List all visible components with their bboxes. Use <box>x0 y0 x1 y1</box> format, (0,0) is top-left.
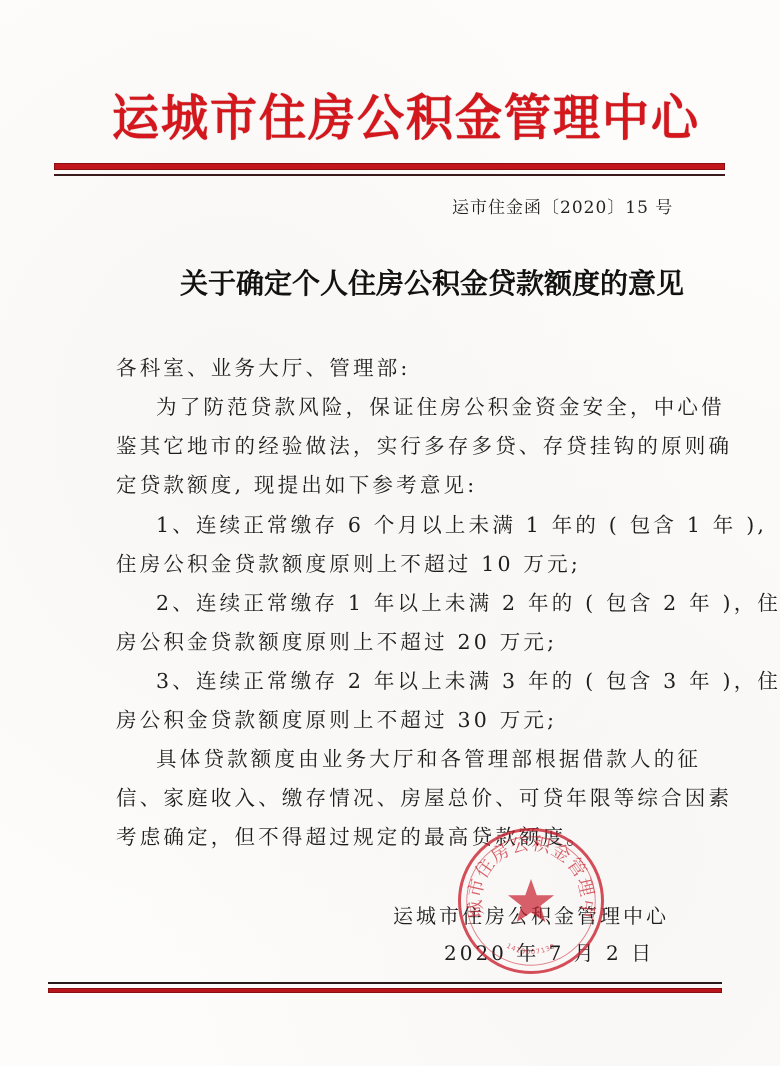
item-2-line-1: 2、连续正常缴存 1 年以上未满 2 年的 ( 包含 2 年 )，住 <box>156 589 780 617</box>
letterhead-red-rule <box>54 163 725 170</box>
letterhead-org-name: 运城市住房公积金管理中心 <box>112 88 672 151</box>
item-1-line-1: 1、连续正常缴存 6 个月以上未满 1 年的 ( 包含 1 年 ), <box>156 511 767 539</box>
letterhead-dark-rule <box>54 174 725 176</box>
intro-line-3: 定贷款额度, 现提出如下参考意见: <box>116 471 477 499</box>
document-page: 运城市住房公积金管理中心 运市住金函〔2020〕15 号 关于确定个人住房公积金… <box>0 0 780 1066</box>
closing-line-3: 考虑确定，但不得超过规定的最高贷款额度。 <box>116 823 590 851</box>
item-3-line-1: 3、连续正常缴存 2 年以上未满 3 年的 ( 包含 3 年 )，住 <box>156 667 780 695</box>
signature-org: 运城市住房公积金管理中心 <box>393 900 669 929</box>
closing-line-1: 具体贷款额度由业务大厅和各管理部根据借款人的征 <box>156 745 701 773</box>
footer-dark-rule <box>48 982 722 984</box>
intro-line-2: 鉴其它地市的经验做法，实行多存多贷、存贷挂钩的原则确 <box>116 432 732 460</box>
footer-red-rule <box>48 988 722 993</box>
signature-date: 2020 年 7 月 2 日 <box>444 937 654 966</box>
intro-line-1: 为了防范贷款风险，保证住房公积金资金安全，中心借 <box>156 393 725 421</box>
addressee: 各科室、业务大厅、管理部: <box>116 354 411 382</box>
item-1-line-2: 住房公积金贷款额度原则上不超过 10 万元; <box>116 550 581 578</box>
closing-line-2: 信、家庭收入、缴存情况、房屋总价、可贷年限等综合因素 <box>116 784 732 812</box>
item-3-line-2: 房公积金贷款额度原则上不超过 30 万元; <box>116 706 557 734</box>
item-2-line-2: 房公积金贷款额度原则上不超过 20 万元; <box>116 628 557 656</box>
document-title: 关于确定个人住房公积金贷款额度的意见 <box>180 262 684 302</box>
document-number: 运市住金函〔2020〕15 号 <box>452 193 673 218</box>
